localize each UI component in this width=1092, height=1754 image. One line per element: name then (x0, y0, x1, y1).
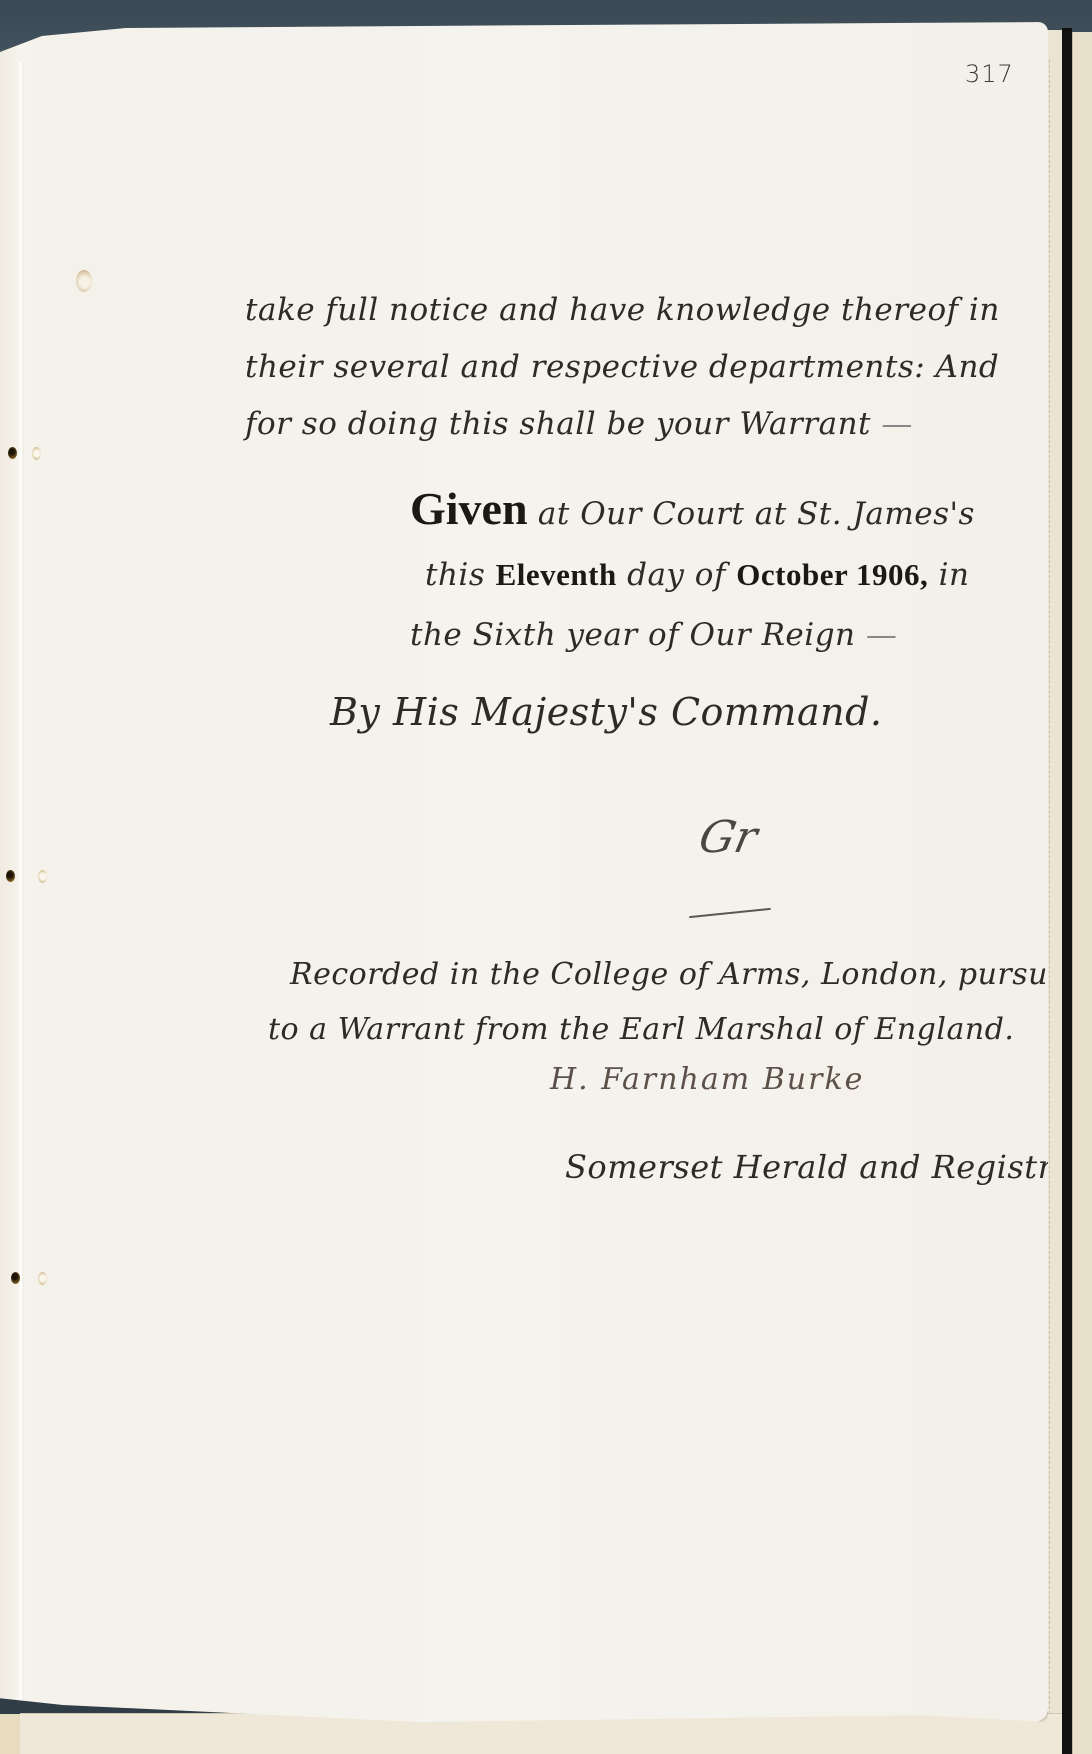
line-filler-dash: — (866, 617, 898, 653)
recording-note-line-2: to a Warrant from the Earl Marshal of En… (268, 1012, 1014, 1047)
paragraph-line-1: take full notice and have knowledge ther… (245, 292, 1000, 328)
dating-clause-this: this (425, 557, 485, 593)
given-heading: Given (410, 483, 528, 534)
dating-clause-line-3: the Sixth year of Our Reign — (410, 617, 897, 653)
line-filler-dash: — (881, 406, 913, 442)
binding-edge (1062, 28, 1072, 1754)
command-line: By His Majesty's Command. (330, 690, 883, 734)
binding-hole (6, 870, 15, 882)
recording-note-line-1: Recorded in the College of Arms, London,… (290, 957, 1092, 992)
dating-clause-line-2: this Eleventh day of October 1906, in (425, 557, 969, 593)
manuscript-page: 317 take full notice and have knowledge … (0, 22, 1048, 1722)
herald-signature: H. Farnham Burke (550, 1062, 864, 1097)
dating-clause-court: at Our Court at St. James's (538, 496, 975, 532)
minister-signature: Gr (695, 812, 762, 863)
date-day: Eleventh (496, 557, 617, 592)
reign-year: the Sixth year of Our Reign (410, 617, 856, 653)
date-month-year: October 1906, (736, 557, 928, 592)
binding-hole (38, 1272, 47, 1285)
dating-clause-line-1: Given at Our Court at St. James's (410, 482, 975, 535)
page-number: 317 (965, 60, 1014, 88)
binding-hole (11, 1272, 20, 1284)
binding-hole (76, 270, 92, 292)
binding-hole (38, 870, 47, 883)
herald-title: Somerset Herald and Registrar (565, 1148, 1089, 1186)
page-gutter (18, 62, 24, 1702)
binding-hole (32, 447, 41, 460)
paragraph-line-3: for so doing this shall be your Warrant … (245, 406, 913, 442)
dating-clause-day-of: day of (627, 557, 726, 593)
page-stack-edge-outer (1072, 32, 1092, 1754)
binding-hole (8, 447, 17, 459)
dating-clause-in: in (939, 557, 970, 593)
paragraph-line-2: their several and respective departments… (245, 349, 999, 385)
paragraph-line-3-text: for so doing this shall be your Warrant (245, 406, 871, 442)
